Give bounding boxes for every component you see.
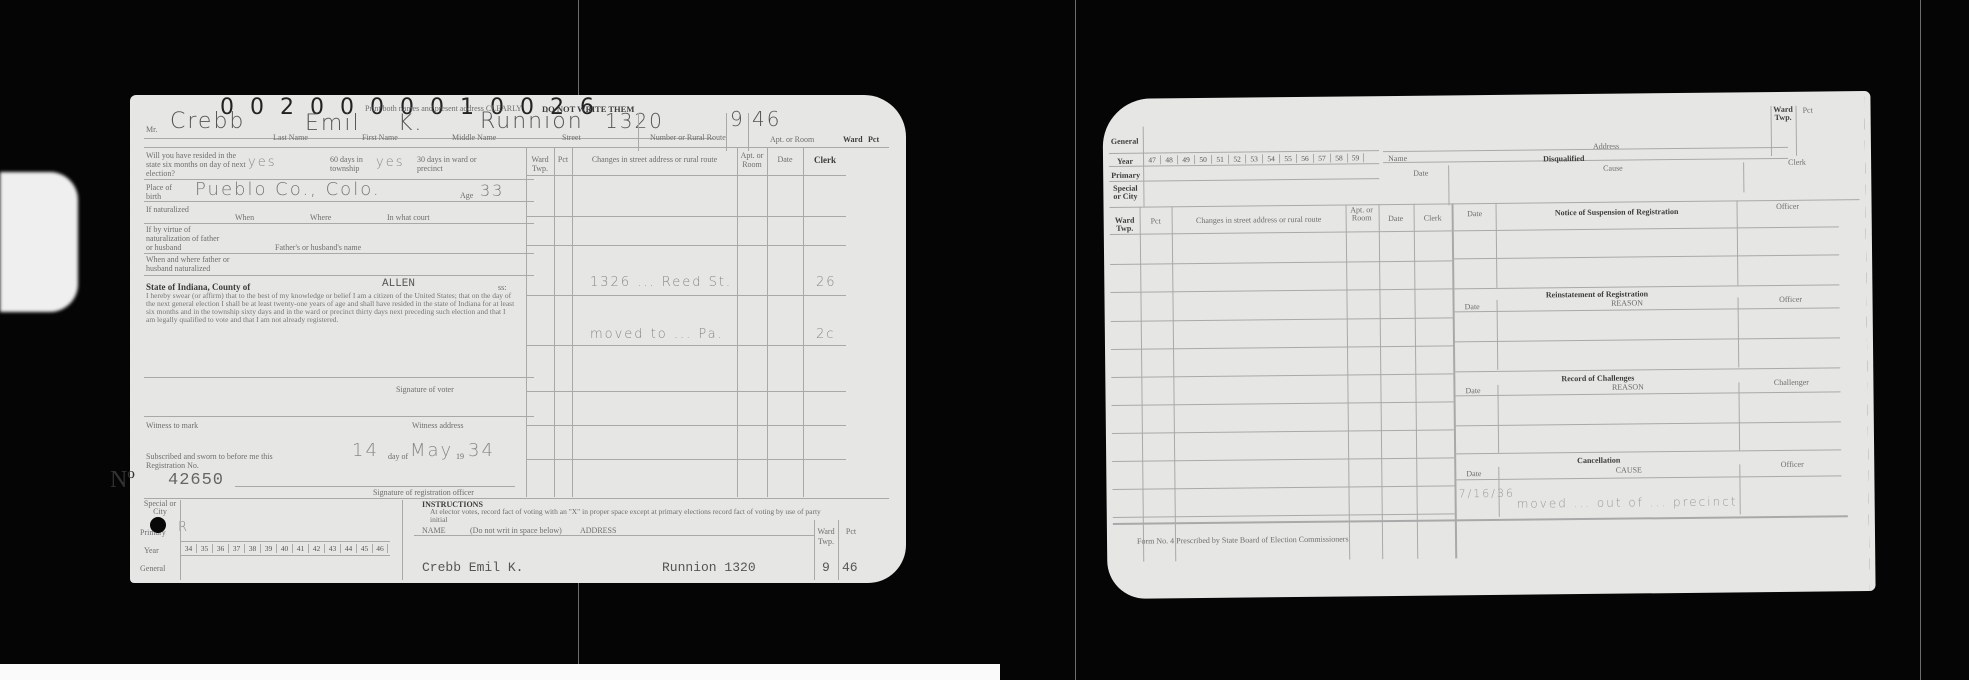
rule bbox=[144, 275, 534, 276]
year-cell: 40 bbox=[276, 544, 292, 553]
stub-typed-ward: 9 bbox=[822, 560, 830, 575]
label-signature-voter: Signature of voter bbox=[396, 385, 454, 394]
label-when: When bbox=[235, 213, 254, 222]
change-row-clerk: 2c bbox=[816, 327, 835, 342]
a-state-residence: yes bbox=[248, 155, 276, 170]
disqualified-cause: Cause bbox=[1603, 164, 1623, 173]
col-divider bbox=[554, 147, 555, 497]
reinstatement-officer-col: Officer bbox=[1740, 294, 1840, 304]
card-scalloped-edge bbox=[124, 95, 136, 583]
table-row-line bbox=[1112, 429, 1454, 434]
year-cell: 51 bbox=[1211, 155, 1228, 164]
stub-typed-pct: 46 bbox=[842, 560, 858, 575]
cancellation-officer-col: Officer bbox=[1742, 459, 1842, 469]
label-witness-address: Witness address bbox=[412, 421, 463, 430]
year-cell: 52 bbox=[1228, 155, 1245, 164]
table-row-line bbox=[526, 245, 846, 246]
label-apt: Apt. or Room bbox=[770, 135, 814, 144]
disqualified-date: Date bbox=[1413, 169, 1428, 178]
col-date: Date bbox=[1380, 214, 1412, 223]
year-cell: 35 bbox=[196, 544, 212, 553]
table-row-line bbox=[1111, 345, 1453, 350]
subscribed-year: 34 bbox=[468, 440, 495, 461]
disqualified-title: Disqualified bbox=[1543, 154, 1584, 163]
grid-rule bbox=[180, 541, 390, 542]
apt-divider bbox=[638, 113, 639, 151]
divider bbox=[1448, 165, 1449, 205]
grid-label-year: Year bbox=[1117, 157, 1133, 166]
col-changes: Changes in street address or rural route bbox=[1174, 215, 1344, 226]
col-divider bbox=[572, 147, 573, 497]
year-cell: 43 bbox=[324, 544, 340, 553]
col-divider bbox=[1172, 206, 1177, 561]
year-cell: 53 bbox=[1245, 154, 1262, 163]
last-name-value: Crebb bbox=[170, 109, 245, 134]
label-when-where-father: When and where father or husband natural… bbox=[146, 255, 241, 273]
stub-name-col: NAME bbox=[422, 526, 446, 535]
year-cell: 37 bbox=[228, 544, 244, 553]
label-where: Where bbox=[310, 213, 331, 222]
rule bbox=[1454, 254, 1839, 259]
rule bbox=[144, 201, 534, 202]
table-row-line bbox=[526, 425, 846, 426]
rule bbox=[1455, 307, 1840, 312]
col-divider bbox=[1346, 204, 1351, 559]
pct-divider bbox=[748, 113, 749, 151]
grid-rule bbox=[180, 555, 390, 556]
label-court: In what court bbox=[387, 213, 430, 222]
divider bbox=[1736, 200, 1738, 285]
film-leader-tab bbox=[0, 172, 78, 312]
rule bbox=[144, 498, 889, 499]
col-changes: Changes in street address or rural route bbox=[573, 155, 736, 164]
year-cell: 49 bbox=[1177, 155, 1194, 164]
change-row-address: moved to ... Pa. bbox=[590, 327, 724, 342]
year-cell: 50 bbox=[1194, 155, 1211, 164]
year-cell: 38 bbox=[244, 544, 260, 553]
rule bbox=[235, 486, 515, 487]
rule bbox=[1383, 158, 1788, 163]
instructions-text: At elector votes, record fact of voting … bbox=[430, 508, 840, 524]
suspension-officer-col: Officer bbox=[1738, 201, 1838, 211]
year-cell: 41 bbox=[292, 544, 308, 553]
label-naturalized: If naturalized bbox=[146, 205, 191, 214]
cancellation-date-col: Date bbox=[1466, 469, 1481, 478]
table-row-line bbox=[1112, 401, 1454, 406]
label-subscribed: Subscribed and sworn to before me this bbox=[146, 452, 273, 461]
challenges-reason-col: REASON bbox=[1515, 381, 1740, 392]
first-name-value: Emil bbox=[305, 111, 361, 136]
label-ward-twp: Ward Twp. bbox=[1771, 106, 1796, 122]
label-pct: Pct bbox=[1803, 106, 1813, 115]
table-row-line bbox=[526, 459, 846, 460]
label-year-prefix: 19 bbox=[456, 452, 464, 461]
rule bbox=[144, 223, 534, 224]
middle-name-value: K. bbox=[398, 111, 423, 136]
col-ward-twp: Ward Twp. bbox=[1110, 217, 1140, 233]
label-street: Street bbox=[562, 133, 581, 142]
form-footer: Form No. 4 Prescribed by State Board of … bbox=[1137, 534, 1349, 545]
subscribed-day: 14 bbox=[352, 440, 379, 461]
film-bottom-strip bbox=[0, 664, 1000, 680]
stub-ward-col: Ward Twp. bbox=[814, 527, 838, 547]
suspension-title: Notice of Suspension of Registration bbox=[1497, 206, 1737, 218]
title-prefix: Mr. bbox=[146, 125, 157, 134]
table-row-line bbox=[1111, 317, 1453, 322]
grid-divider bbox=[402, 500, 403, 580]
stub-rule bbox=[414, 535, 814, 536]
grid-label-general: General bbox=[1111, 137, 1139, 146]
rule bbox=[1454, 226, 1839, 231]
rule bbox=[1456, 421, 1841, 426]
year-cell: 48 bbox=[1160, 155, 1177, 164]
grid-label-special: Special or City bbox=[140, 500, 180, 516]
age-value: 33 bbox=[480, 181, 504, 200]
col-pct: Pct bbox=[1141, 216, 1171, 225]
year-cell: 45 bbox=[356, 544, 372, 553]
challenges-date-col: Date bbox=[1465, 386, 1480, 395]
divider bbox=[1743, 162, 1744, 192]
table-row-line bbox=[526, 295, 846, 296]
col-divider bbox=[737, 147, 738, 497]
registration-card-front: 0020000010026 Print both names and prese… bbox=[130, 95, 906, 583]
table-row-line bbox=[1113, 513, 1455, 518]
ward-divider bbox=[726, 113, 727, 151]
number-value: 1320 bbox=[605, 109, 664, 133]
grid-label-general: General bbox=[140, 564, 165, 573]
label-day-of: day of bbox=[388, 452, 408, 461]
a-township: yes bbox=[376, 155, 404, 170]
reinstatement-reason-col: REASON bbox=[1515, 297, 1740, 308]
card-scalloped-edge bbox=[1864, 91, 1881, 591]
pct-value: 46 bbox=[752, 107, 781, 131]
suspension-date-col: Date bbox=[1454, 209, 1496, 218]
label-middle-name: Middle Name bbox=[452, 133, 496, 142]
street-value: Runnion bbox=[480, 109, 584, 134]
header-bottom-rule bbox=[144, 147, 889, 148]
name-underline bbox=[144, 138, 714, 139]
rule bbox=[144, 416, 534, 417]
grid-label-primary: Primary bbox=[1111, 171, 1140, 180]
film-divider-line bbox=[1075, 0, 1076, 680]
reinstatement-date-col: Date bbox=[1465, 302, 1480, 311]
registration-number: 42650 bbox=[168, 471, 224, 490]
label-registration-no: Registration No. bbox=[146, 461, 199, 470]
rule bbox=[1456, 391, 1841, 396]
label-witness-mark: Witness to mark bbox=[146, 421, 198, 430]
rule bbox=[1383, 147, 1788, 152]
year-cell: 54 bbox=[1262, 154, 1279, 163]
disqualified-clerk: Clerk bbox=[1788, 158, 1806, 167]
grid-rule bbox=[1109, 178, 1379, 182]
label-by-virtue: If by virtue of naturalization of father… bbox=[146, 225, 226, 252]
col-apt: Apt. or Room bbox=[1347, 206, 1377, 222]
rule bbox=[1455, 337, 1840, 342]
table-row-line bbox=[526, 345, 846, 346]
oath-text: I hereby swear (or affirm) that to the b… bbox=[146, 292, 516, 324]
col-divider bbox=[1414, 204, 1419, 559]
rule bbox=[144, 377, 534, 378]
table-row-line bbox=[1111, 373, 1453, 378]
label-father-name: Father's or husband's name bbox=[275, 243, 361, 252]
registration-card-back: General Year Primary Special or City 47 … bbox=[1102, 91, 1875, 599]
table-row-line bbox=[1112, 485, 1454, 490]
col-divider bbox=[1140, 207, 1145, 562]
label-age: Age bbox=[460, 191, 473, 200]
table-row-line bbox=[1112, 457, 1454, 462]
cancellation-entry-cause: moved ... out of ... precinct bbox=[1517, 494, 1738, 510]
punch-hole bbox=[150, 517, 166, 533]
table-row-line bbox=[526, 391, 846, 392]
year-cell: 55 bbox=[1279, 154, 1296, 163]
label-pct: Pct bbox=[868, 135, 879, 144]
film-edge-line bbox=[1920, 0, 1921, 680]
col-divider bbox=[767, 147, 768, 497]
col-divider bbox=[803, 147, 804, 497]
year-cell: 34 bbox=[180, 544, 196, 553]
grid-label-special: Special or City bbox=[1109, 185, 1141, 201]
number-sign: Nº bbox=[110, 467, 135, 494]
stub-pct-col: Pct bbox=[839, 527, 863, 536]
table-row-line bbox=[1110, 260, 1452, 265]
cancellation-entry-date: 7/16/36 bbox=[1458, 487, 1515, 501]
label-signature-officer: Signature of registration officer bbox=[373, 488, 474, 497]
year-cell: 44 bbox=[340, 544, 356, 553]
stub-typed-address: Runnion 1320 bbox=[662, 560, 756, 575]
year-cell: 42 bbox=[308, 544, 324, 553]
subscribed-month: May bbox=[410, 440, 453, 461]
year-cell: 57 bbox=[1313, 154, 1330, 163]
table-left-border bbox=[526, 147, 527, 497]
year-cell: 59 bbox=[1347, 153, 1364, 162]
cancellation-cause-col: CAUSE bbox=[1516, 464, 1741, 475]
year-cell: 39 bbox=[260, 544, 276, 553]
stub-no-write: (Do not writ in space below) bbox=[470, 526, 562, 535]
grid-divider bbox=[180, 500, 181, 580]
table-row-line bbox=[526, 216, 846, 217]
year-cell: 58 bbox=[1330, 153, 1347, 162]
col-ward-twp: Ward Twp. bbox=[527, 155, 553, 173]
oath-county-value: ALLEN bbox=[382, 278, 415, 290]
grid-label-year: Year bbox=[144, 546, 159, 555]
year-cell: 36 bbox=[212, 544, 228, 553]
q-ward: 30 days in ward or precinct bbox=[417, 155, 492, 173]
label-birthplace: Place of birth bbox=[146, 183, 186, 201]
birthplace-value: Pueblo Co., Colo. bbox=[195, 179, 381, 200]
year-cell: 46 bbox=[372, 544, 388, 553]
stub-address-col: ADDRESS bbox=[580, 526, 616, 535]
col-clerk: Clerk bbox=[1415, 213, 1451, 222]
col-clerk: Clerk bbox=[804, 155, 846, 165]
label-last-name: Last Name bbox=[273, 133, 308, 142]
grid-years-row: 34 35 36 37 38 39 40 41 42 43 44 45 46 bbox=[180, 544, 388, 553]
label-first-name: First Name bbox=[362, 133, 398, 142]
col-divider bbox=[1379, 204, 1384, 559]
table-row-line bbox=[1110, 288, 1452, 293]
stub-typed-name: Crebb Emil K. bbox=[422, 560, 523, 575]
rule bbox=[1456, 475, 1841, 480]
table-row-line bbox=[526, 175, 846, 176]
challenges-challenger-col: Challenger bbox=[1741, 377, 1841, 387]
rule bbox=[144, 253, 534, 254]
col-pct: Pct bbox=[555, 155, 571, 164]
change-row-clerk: 26 bbox=[816, 275, 837, 290]
year-cell: 47 bbox=[1143, 155, 1160, 164]
change-row-address: 1326 ... Reed St. bbox=[590, 275, 732, 290]
ward-box-divider bbox=[1796, 106, 1798, 156]
label-number: Number or Rural Route bbox=[650, 133, 726, 142]
year-cell: 56 bbox=[1296, 154, 1313, 163]
label-ward: Ward bbox=[843, 135, 863, 144]
col-apt: Apt. or Room bbox=[738, 151, 766, 169]
ward-value: 9 bbox=[730, 107, 745, 131]
table-row-line bbox=[1110, 230, 1452, 235]
col-date: Date bbox=[768, 155, 802, 164]
q-state-residence: Will you have resided in the state six m… bbox=[146, 151, 246, 178]
